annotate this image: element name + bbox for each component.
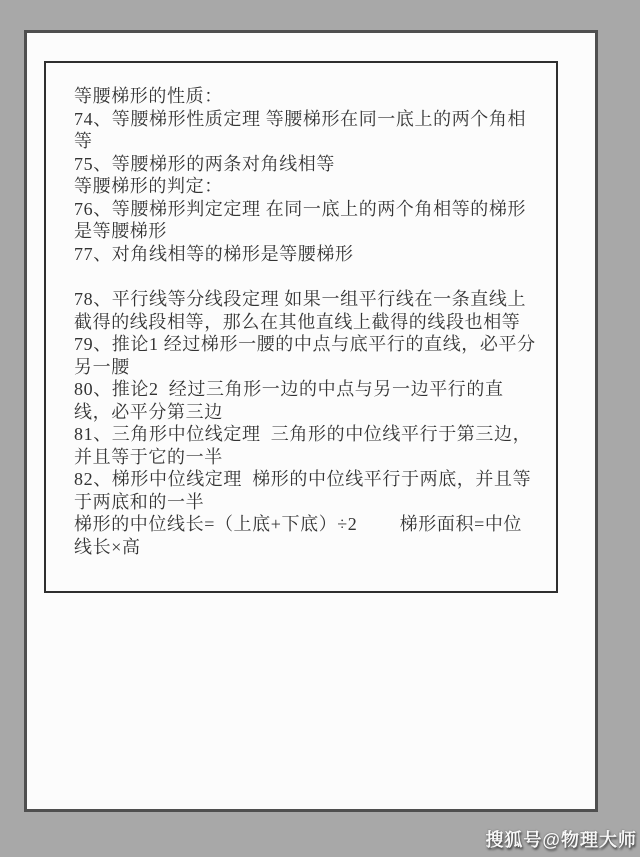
heading-isosceles-trapezoid-properties: 等腰梯形的性质： — [74, 85, 540, 108]
document-page: 等腰梯形的性质： 74、等腰梯形性质定理 等腰梯形在同一底上的两个角相等 75、… — [24, 30, 598, 812]
theorem-item-74: 74、等腰梯形性质定理 等腰梯形在同一底上的两个角相等 — [74, 108, 540, 153]
watermark-text: 搜狐号@物理大师 — [485, 826, 637, 852]
theorem-item-82: 82、梯形中位线定理 梯形的中位线平行于两底，并且等于两底和的一半 — [74, 468, 540, 513]
theorem-item-78: 78、平行线等分线段定理 如果一组平行线在一条直线上截得的线段相等，那么在其他直… — [74, 288, 540, 333]
heading-isosceles-trapezoid-judgment: 等腰梯形的判定： — [74, 175, 540, 198]
theorem-item-75: 75、等腰梯形的两条对角线相等 — [74, 153, 540, 176]
theorem-item-81: 81、三角形中位线定理 三角形的中位线平行于第三边，并且等于它的一半 — [74, 423, 540, 468]
theorem-item-79: 79、推论1 经过梯形一腰的中点与底平行的直线，必平分另一腰 — [74, 333, 540, 378]
formula-line: 梯形的中位线长=（上底+下底）÷2 梯形面积=中位线长×高 — [74, 513, 540, 558]
content-border-box: 等腰梯形的性质： 74、等腰梯形性质定理 等腰梯形在同一底上的两个角相等 75、… — [44, 61, 558, 593]
theorem-item-80: 80、推论2 经过三角形一边的中点与另一边平行的直线，必平分第三边 — [74, 378, 540, 423]
theorem-item-77: 77、对角线相等的梯形是等腰梯形 — [74, 243, 540, 266]
theorem-item-76: 76、等腰梯形判定定理 在同一底上的两个角相等的梯形是等腰梯形 — [74, 198, 540, 243]
